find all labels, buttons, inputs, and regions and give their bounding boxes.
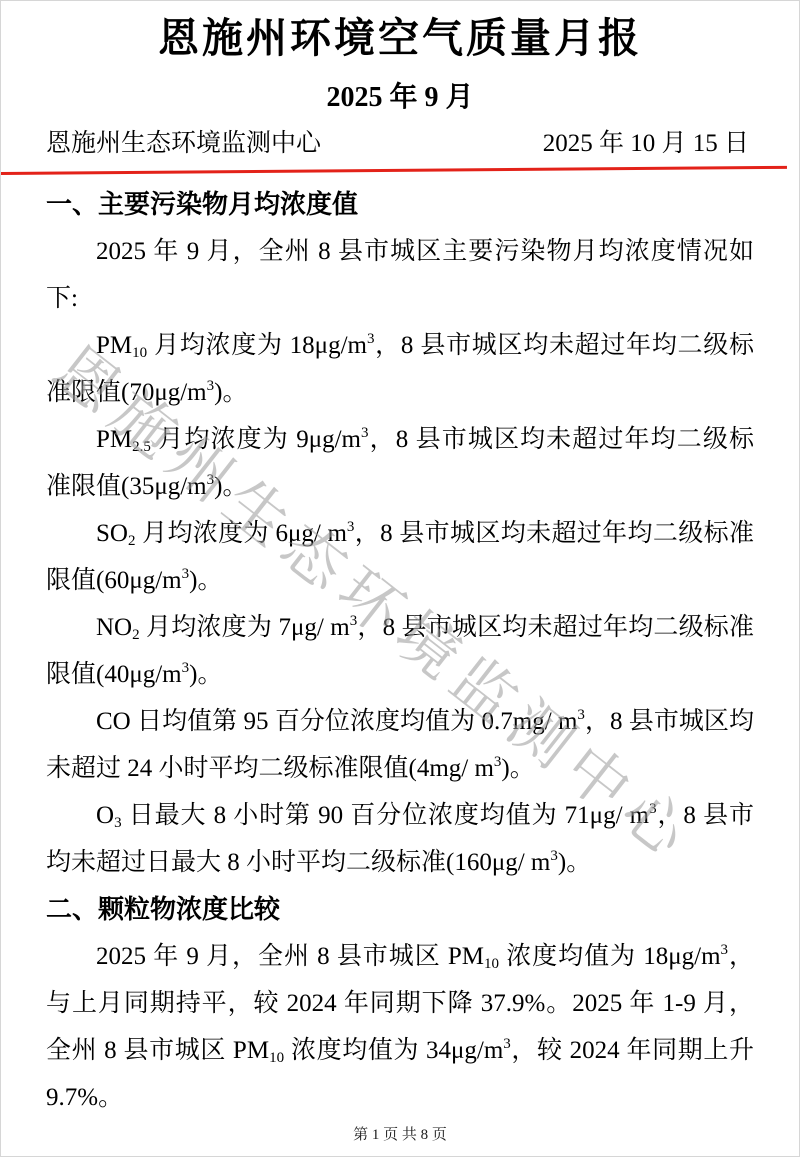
page-title: 恩施州环境空气质量月报: [1, 1, 799, 61]
no2-paragraph: NO2 月均浓度为 7μg/ m3，8 县市城区均未超过年均二级标准限值(40μ…: [46, 604, 754, 698]
o3-paragraph: O3 日最大 8 小时第 90 百分位浓度均值为 71μg/ m3，8 县市均未…: [46, 792, 754, 886]
section2-heading: 二、颗粒物浓度比较: [46, 886, 754, 933]
issuing-agency: 恩施州生态环境监测中心: [46, 129, 321, 159]
report-month: 2025 年 9 月: [1, 83, 799, 113]
pm10-paragraph: PM10 月均浓度为 18μg/m3，8 县市城区均未超过年均二级标准限值(70…: [46, 322, 754, 416]
red-divider-rule: [1, 166, 787, 175]
issue-date: 2025 年 10 月 15 日: [543, 129, 749, 159]
document-page: 恩施州生态环境监测中心 恩施州环境空气质量月报 2025 年 9 月 恩施州生态…: [0, 0, 800, 1157]
section1-heading: 一、主要污染物月均浓度值: [46, 181, 754, 228]
document-body: 一、主要污染物月均浓度值 2025 年 9 月，全州 8 县市城区主要污染物月均…: [46, 181, 754, 1121]
pm25-paragraph: PM2.5 月均浓度为 9μg/m3，8 县市城区均未超过年均二级标准限值(35…: [46, 416, 754, 510]
co-paragraph: CO 日均值第 95 百分位浓度均值为 0.7mg/ m3，8 县市城区均未超过…: [46, 698, 754, 792]
byline: 恩施州生态环境监测中心 2025 年 10 月 15 日: [46, 129, 749, 159]
so2-paragraph: SO2 月均浓度为 6μg/ m3，8 县市城区均未超过年均二级标准限值(60μ…: [46, 510, 754, 604]
intro-paragraph: 2025 年 9 月，全州 8 县市城区主要污染物月均浓度情况如下:: [46, 228, 754, 322]
page-number: 第 1 页 共 8 页: [1, 1125, 799, 1145]
particulate-comparison-paragraph: 2025 年 9 月，全州 8 县市城区 PM10 浓度均值为 18μg/m3，…: [46, 933, 754, 1121]
